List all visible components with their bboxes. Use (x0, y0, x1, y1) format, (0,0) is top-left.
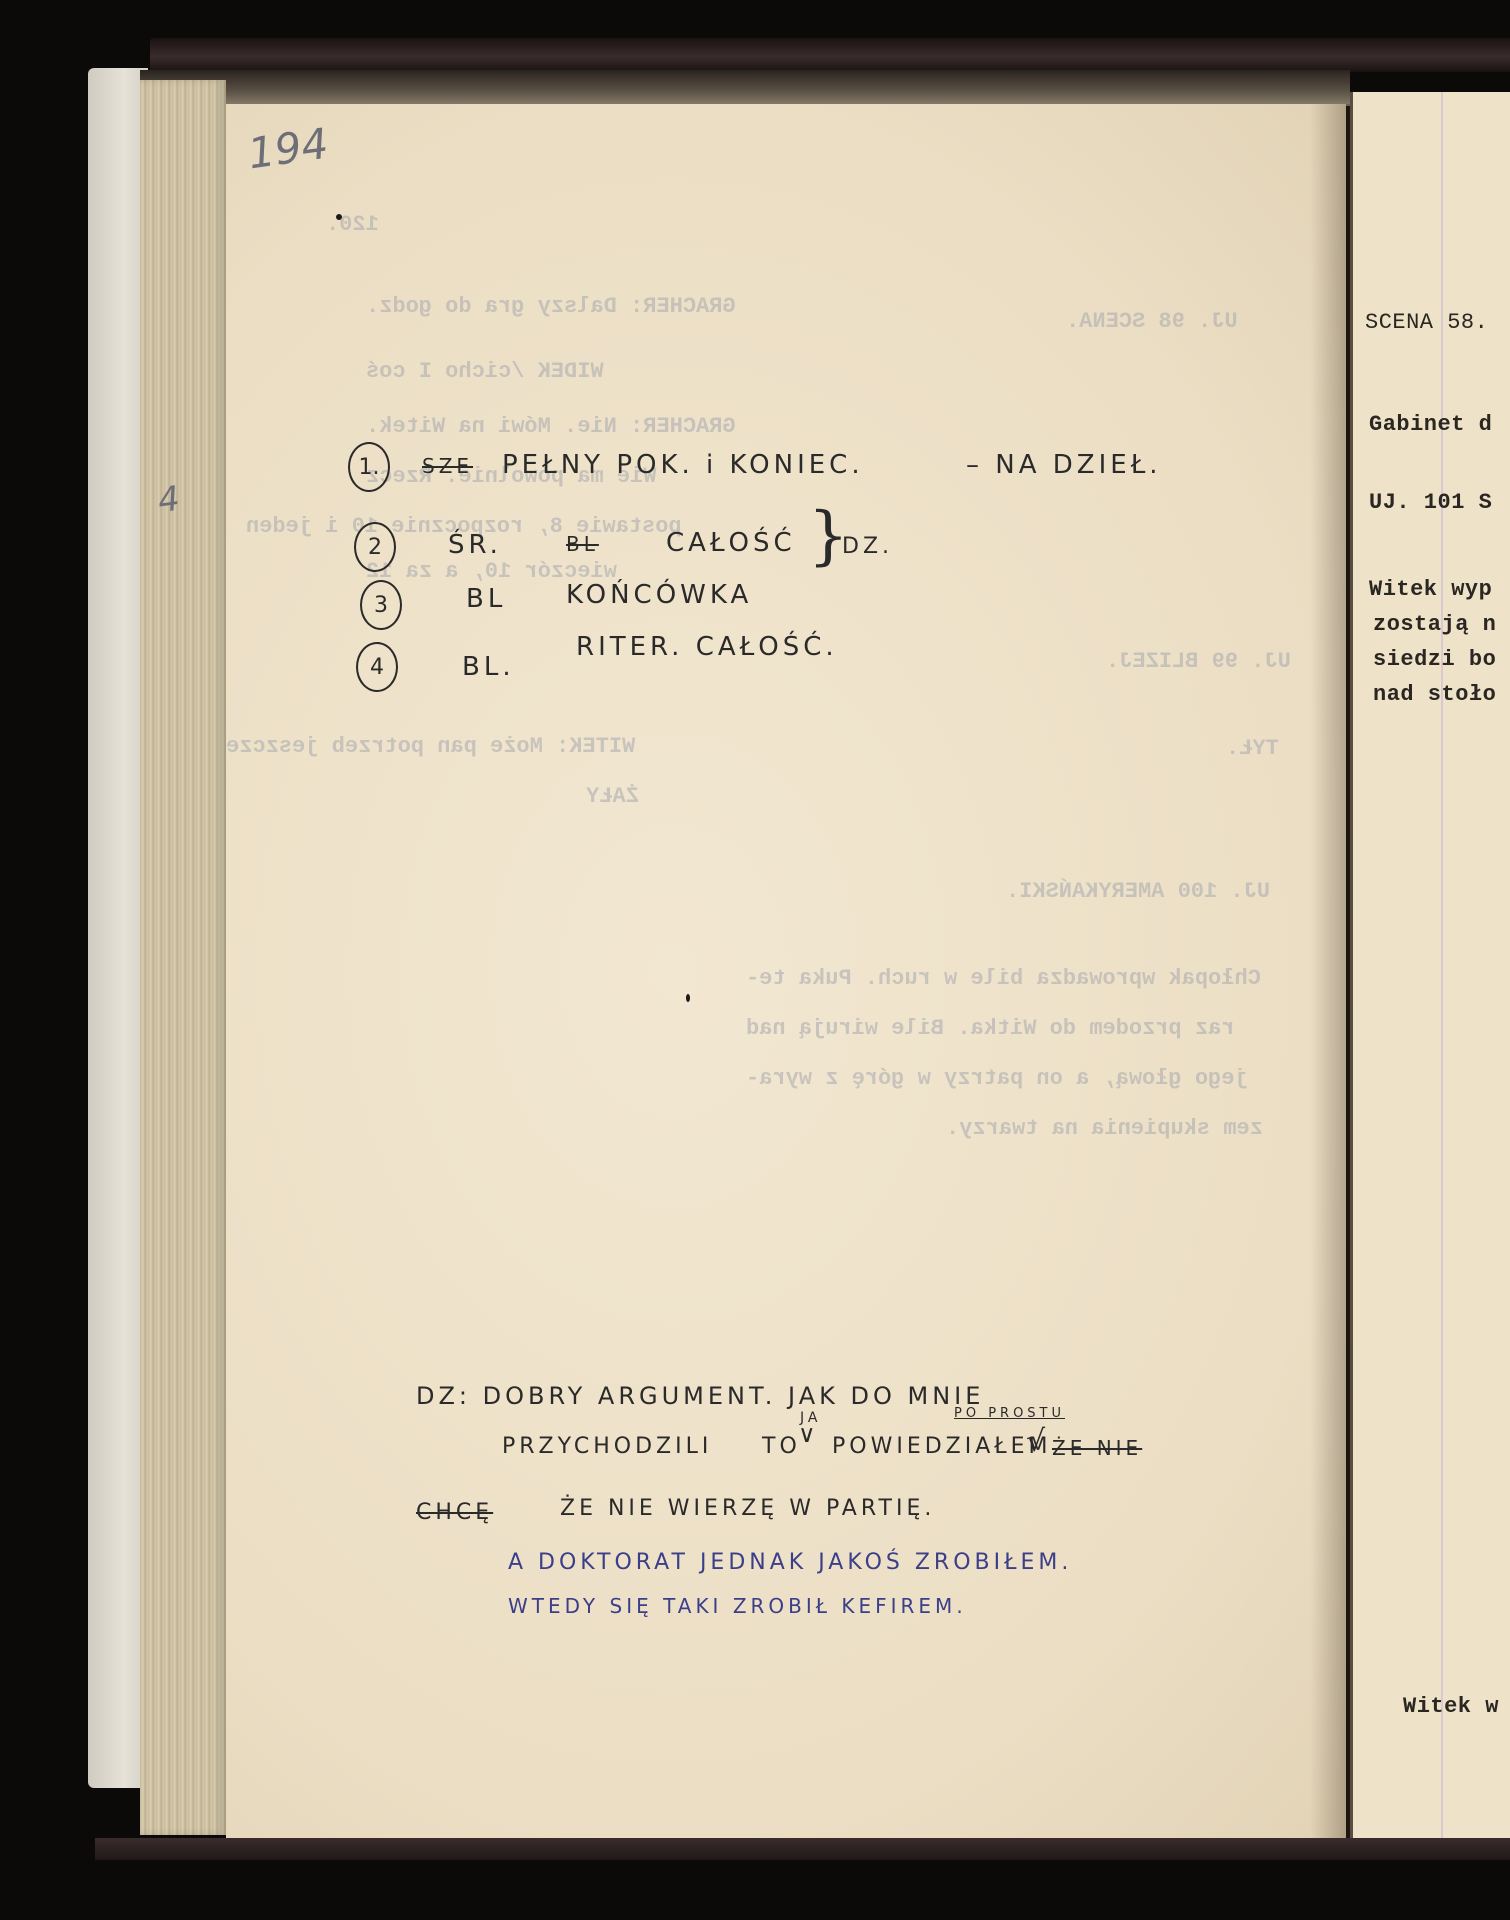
insert-mark-icon: √ (1026, 1424, 1045, 1459)
note-number: 3 (360, 580, 402, 630)
note-line-2b: TO (762, 1434, 801, 1459)
ink-speck (686, 994, 690, 1002)
right-page: SCENA 58. Gabinet d UJ. 101 S Witek wyp … (1350, 92, 1510, 1838)
caret-insert: JA (800, 1410, 821, 1426)
note-line-3: ŻE NIE WIERZĘ W PARTIĘ. (560, 1496, 935, 1521)
note-text: KOŃCÓWKA (566, 580, 752, 610)
cloth-binding-tab (88, 68, 148, 1788)
typed-line: Gabinet d (1369, 412, 1492, 437)
blue-ink-line-1: A DOKTORAT JEDNAK JAKOŚ ZROBIŁEM. (508, 1550, 1072, 1575)
note-line-2c: POWIEDZIAŁEM (832, 1434, 1052, 1459)
struck-phrase: ŻE NIE (1052, 1436, 1142, 1460)
typed-line: Witek wyp (1369, 577, 1492, 602)
note-line-1: DZ: DOBRY ARGUMENT. JAK DO MNIE (416, 1382, 984, 1410)
page-stack-fore-edge: 4 (140, 80, 226, 1835)
margin-mark: 4 (155, 479, 182, 522)
page-gutter-shadow (1310, 104, 1350, 1838)
ink-speck (336, 214, 342, 220)
note-tail: – NA DZIEŁ. (966, 450, 1162, 480)
typed-line: zostają n (1373, 612, 1496, 637)
left-page: 194 120. GRACHER: Dalszy gra do godz. UJ… (226, 104, 1346, 1838)
note-prefix: BL. (462, 652, 515, 682)
note-number: 2 (354, 522, 396, 572)
margin-line (1441, 92, 1443, 1838)
struck-word: BL (566, 532, 599, 556)
note-number: 4 (356, 642, 398, 692)
book-cover-top-edge (150, 38, 1510, 72)
page-block-top-edge (140, 70, 1350, 106)
book-cover-bottom-edge (95, 1838, 1510, 1860)
typed-line: siedzi bo (1373, 647, 1496, 672)
struck-word: SZE (422, 454, 473, 478)
note-line-2a: PRZYCHODZILI (502, 1434, 712, 1459)
note-number: 1. (348, 442, 390, 492)
typed-line: UJ. 101 S (1369, 490, 1492, 515)
typed-line: nad stoło (1373, 682, 1496, 707)
note-text: RITER. CAŁOŚĆ. (576, 632, 838, 662)
bracket-label: DZ. (842, 534, 893, 559)
note-text: CAŁOŚĆ (666, 528, 796, 558)
note-prefix: BL (466, 584, 506, 614)
inserted-words: PO PROSTU (954, 1406, 1065, 1421)
blue-ink-line-2: WTEDY SIĘ TAKI ZROBIŁ KEFIREM. (508, 1594, 967, 1618)
struck-word: CHCĘ (416, 1500, 493, 1525)
note-text: PEŁNY POK. i KONIEC. (502, 450, 864, 480)
scene-heading: SCENA 58. (1365, 310, 1488, 335)
note-prefix: ŚR. (448, 530, 502, 560)
typed-line: Witek w (1403, 1694, 1499, 1719)
page-number: 194 (245, 119, 331, 179)
